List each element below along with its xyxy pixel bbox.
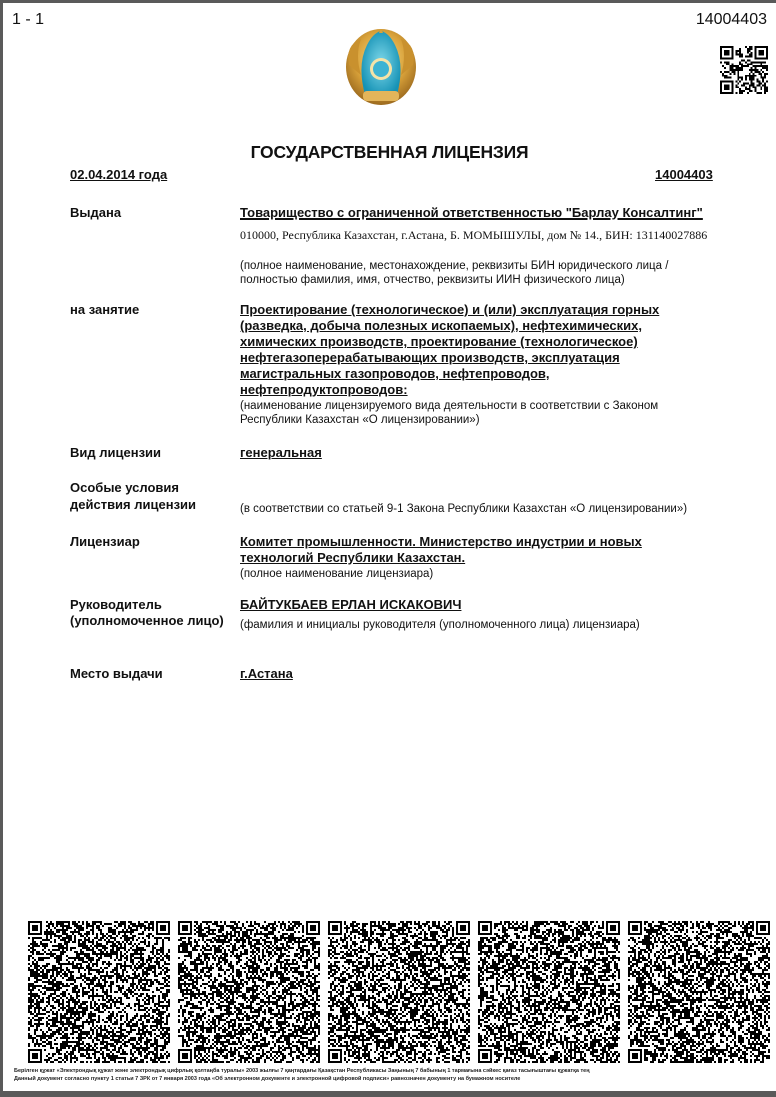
licensor-line-1: Комитет промышленности. Министерство инд… bbox=[240, 534, 642, 550]
qr-code-icon bbox=[328, 921, 470, 1063]
license-number: 14004403 bbox=[655, 167, 713, 182]
footer-legal-kz: Берілген құжат «Электрондық құжат және э… bbox=[14, 1068, 590, 1074]
page-counter: 1 - 1 bbox=[12, 11, 44, 29]
head-note: (фамилия и инициалы руководителя (уполно… bbox=[240, 618, 640, 633]
activity-label: на занятие bbox=[70, 302, 139, 318]
activity-note-1: (наименование лицензируемого вида деятел… bbox=[240, 399, 658, 414]
activity-line-6: нефтепродуктопроводов: bbox=[240, 382, 408, 398]
activity-line-5: магистральных газопроводов, нефтепроводо… bbox=[240, 366, 550, 382]
license-type-label: Вид лицензии bbox=[70, 445, 161, 461]
activity-line-1: Проектирование (технологическое) и (или)… bbox=[240, 302, 659, 318]
activity-line-2: (разведка, добыча полезных ископаемых), … bbox=[240, 318, 642, 334]
license-type-value: генеральная bbox=[240, 445, 322, 461]
licensee-note-1: (полное наименование, местонахождение, р… bbox=[240, 259, 668, 274]
head-name: БАЙТУКБАЕВ ЕРЛАН ИСКАКОВИЧ bbox=[240, 597, 461, 613]
place-value: г.Астана bbox=[240, 666, 293, 682]
head-label-1: Руководитель bbox=[70, 597, 162, 613]
license-page: 1 - 1 14004403 ГОСУДАРСТВЕННАЯ ЛИЦЕНЗИЯ … bbox=[3, 3, 776, 1091]
qr-code-icon bbox=[178, 921, 320, 1063]
issued-to-label: Выдана bbox=[70, 205, 121, 221]
qr-code-icon bbox=[28, 921, 170, 1063]
head-label-2: (уполномоченное лицо) bbox=[70, 613, 224, 629]
document-title: ГОСУДАРСТВЕННАЯ ЛИЦЕНЗИЯ bbox=[3, 142, 776, 163]
footer-legal-ru: Данный документ согласно пункту 1 статьи… bbox=[14, 1076, 520, 1082]
activity-line-4: нефтегазоперерабатывающих производств, э… bbox=[240, 350, 620, 366]
issue-date: 02.04.2014 года bbox=[70, 167, 167, 182]
licensee-note-2: полностью фамилия, имя, отчество, реквиз… bbox=[240, 273, 625, 288]
licensee-name: Товарищество с ограниченной ответственно… bbox=[240, 205, 703, 221]
licensor-note: (полное наименование лицензиара) bbox=[240, 567, 433, 582]
licensor-label: Лицензиар bbox=[70, 534, 140, 550]
licensee-address: 010000, Республика Казахстан, г.Астана, … bbox=[240, 228, 707, 243]
state-emblem-icon bbox=[343, 25, 419, 109]
special-conditions-note: (в соответствии со статьей 9-1 Закона Ре… bbox=[240, 502, 687, 517]
signature-qr-codes bbox=[28, 921, 768, 1063]
licensor-line-2: технологий Республики Казахстан. bbox=[240, 550, 465, 566]
special-conditions-label-1: Особые условия bbox=[70, 480, 179, 496]
document-number-header: 14004403 bbox=[696, 11, 767, 29]
activity-note-2: Республики Казахстан «О лицензировании») bbox=[240, 413, 480, 428]
qr-code-icon bbox=[628, 921, 770, 1063]
place-label: Место выдачи bbox=[70, 666, 163, 682]
special-conditions-label-2: действия лицензии bbox=[70, 497, 196, 513]
qr-code-icon bbox=[478, 921, 620, 1063]
activity-line-3: химических производств, проектирование (… bbox=[240, 334, 638, 350]
qr-code-icon bbox=[720, 46, 768, 94]
